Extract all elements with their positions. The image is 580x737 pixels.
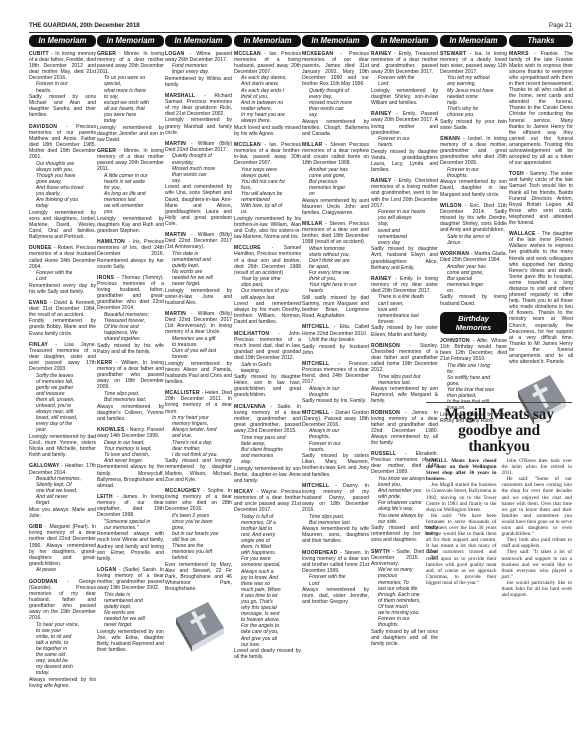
memoriam-column: In MemoriamCUBITT - In loving memory of … [29,35,96,694]
notice-verse: As each day dawns,And starts anew,As eac… [234,75,301,124]
page-number: Page 21 [549,22,572,32]
notice-entry: RAINEY - Emily. In loving memory of my d… [371,276,438,338]
notice-entry: LOGAN - (Sadie) Sarah. In loving memory … [97,567,164,653]
notice-signoff: Lovingly remembered by daughter Shirley,… [371,88,438,106]
notice-name: RAINEY [371,111,391,117]
notice-entry: FINLAY - Lisa Jayne. Treasured memories … [29,342,96,459]
notice-entry: EVANS - David & Kenneth, died 21st Decem… [29,300,96,337]
notice-verse: At peace [29,567,96,573]
story-paragraph: They both also paid tribute to staff and… [502,537,573,549]
notice-signoff: Sadly missed and lovingly remembered by … [165,458,232,482]
notice-name: MCILHATTON [234,331,269,337]
notice-entry: MILLAR - Steven Precious memories of a d… [302,142,369,216]
notice-name: GALLOWAY [29,463,60,469]
notice-entry: SWANN - Isobel. In loving memory of a de… [440,136,507,198]
notice-verse: Beautiful memories,Silently kept, Ofone … [29,476,96,506]
notice-name: MOOREHEAD [302,550,337,556]
notice-verse: Forever in ourthoughts. [440,167,507,179]
notice-name: MITCHELL [302,361,329,367]
notice-signoff: Sadly missed by sons Michael and Alan an… [29,94,96,118]
notice-entry: TOSH - Sammy. The sister and family circ… [509,171,573,226]
notice-entry: GIBB - Margaret (Pearl). In loving memor… [29,524,96,573]
story-column-1: MAGILL Meats have closed the door on the… [426,458,497,598]
notice-signoff: Lovingly remembered by son Bertie, daugh… [234,466,301,484]
section-header-in-memoriam: In Memoriam [371,35,438,47]
notice-verse: Quietly thought ofevery day,missed much … [302,88,369,118]
notice-name: SMYTH [371,549,390,555]
notice-name: MARKS [509,51,529,57]
notice-entry: KNOWLES - Nancy. Passed away 14th Decemb… [97,427,164,489]
notice-entry: MILLAR - Steven. Precious memories of a … [302,221,369,320]
notice-verse: Today is full ofmemories, Of abrother la… [234,514,301,648]
section-header-in-memoriam: In Memoriam [302,35,369,47]
notice-name: MILLAR [302,142,322,148]
notice-signoff: Remembered always with much love Winnie … [97,531,164,561]
news-story: Magill Meats say goodbye and thankyou MA… [426,402,572,598]
notice-entry: MCILHATTON - John. Precious memories of … [234,331,301,399]
notice-name: LOGAN [165,51,184,57]
notice-text: - Sammy. The sister and family circle of… [509,171,573,226]
notice-verse: Safe in God'skeeping. [234,362,301,374]
notice-entry: MCCLURE - Samuel Hamilton, Precious memo… [234,245,301,325]
notice-name: MCCLEAN [234,142,261,148]
notice-signoff: Deeply missed by daughter Vanda, grandda… [371,149,438,173]
notice-signoff: Ever remembered by Mary, Alex and Stewar… [165,562,232,592]
notice-name: MILLAR [302,221,322,227]
notice-name: RAINEY [371,178,391,184]
notice-entry: MOOREHEAD - Steven. In loving memory of … [302,550,369,606]
notice-verse: To us you were sospecial,what more is th… [97,75,164,124]
notice-signoff: Lovingly remembered by son Joe, wife Edn… [97,629,164,653]
notice-text: - Precious memories of our dear parents,… [302,51,369,87]
notice-name: RAINEY [371,276,391,282]
notice-signoff: Sadly missed by loving husband David. [440,294,507,306]
section-header-birthday-memories: Birthday Memories [440,312,507,334]
story-paragraph: He said: "We have been fortunate to serv… [426,513,497,586]
notice-entry: STEWART - Isa. In loving memory of a dea… [440,51,507,131]
notice-signoff: Sadly missed by Iris, Family. [302,398,369,404]
masthead: THE GUARDIAN, 20th December 2018 Page 21 [29,22,572,33]
notice-entry: IRONS - Thomas (Tommy). Precious memorie… [97,275,164,355]
thanks-column: ThanksMARKS - Frankie. The family of the… [509,35,573,427]
notice-verse: This date isremembered andquietly kept,N… [165,251,232,288]
notice-text: - Precious memories of our parents Matth… [29,124,96,160]
notice-text: - Margaret (Pearl). In loving memory of … [29,524,96,567]
notice-name: GREER [97,51,116,57]
notice-entry: RAINEY - Emily. Cherished memories of a … [371,178,438,270]
notice-entry: WALLACE - The daughter of the late Irene… [509,231,573,365]
notice-name: JOHNSTON [440,338,470,344]
notice-signoff: Miss you always. Marie and Julie. [29,507,96,519]
notice-name: MITCHELL [302,483,329,489]
notice-signoff: Loved and remembered by wife Una, sons S… [165,184,232,227]
notice-signoff: Lovingly remembered by nieces Alison and… [165,361,232,385]
section-header-in-memoriam: In Memoriam [29,35,96,47]
notice-entry: MARTIN - William (Billy) Died 22nd Decem… [165,141,232,227]
notice-entry: MCILVENNA - Sadie. In loving memory of a… [234,404,301,484]
notice-signoff: Lovingly remembered by daughters Kay and… [97,216,164,234]
memoriam-column: In MemoriamMCCLEAN - Ian. Precious memor… [234,35,301,665]
story-paragraph: Joe Magill started the business in Green… [426,482,497,512]
notice-entry: MITCHELL - Daniel Gordon (Danny). Passed… [302,410,369,478]
notice-entry: RAINEY - Emily, Treasured memories of a … [371,51,438,107]
notice-entry: WILSON - Eric. Died 11th December 2014. … [440,203,507,246]
notice-text: - Frankie. The family of the late Franki… [509,51,573,167]
notice-entry: MCALLISTER - Helen. Died 20th December 2… [165,390,232,482]
notice-signoff: Sadly missed by sisters Lilian, Mary, Ma… [302,453,369,477]
story-paragraph: Joe would particularly like to thank Joh… [502,580,573,598]
notice-signoff: Sadly missed by daughter Helen, son in l… [234,374,301,398]
notice-signoff: Remembered always by the family. Moneycl… [97,464,164,488]
notice-signoff: Lovingly remembered by dad Cecil, mum Yv… [29,434,96,458]
notice-entry: HAMILTON - Iris, Precious memories of Ir… [97,239,164,269]
notice-name: TOSH [509,171,524,177]
bible-cross-icon [170,598,228,654]
notice-name: KNOWLES [97,427,124,433]
notice-name: MARSHALL [165,93,195,99]
notice-signoff: Sadly missed by his wife Patsy and all t… [97,343,164,355]
notice-name: MCILVENNA [234,404,266,410]
notice-name: KERR [97,360,112,366]
notice-verse: Time slips past,But memories last. [97,391,164,403]
notice-entry: MARSHALL - Richard Samuel. Precious memo… [165,93,232,136]
notice-verse: Our thoughts arealways with you,Though y… [29,161,96,210]
notice-signoff: Fondly remembered by grands Bobby, Marie… [29,318,96,336]
notice-verse: Forever in ourhearts. [371,136,438,148]
notice-signoff: Always remembered by mum, dad, sister Je… [302,587,369,605]
notice-name: MARTIN [165,141,186,147]
notice-verse: Time slips past,But memories last. [302,514,369,526]
notice-verse: Safe in the arms ofJesus [440,234,507,246]
notice-verse: Quietly thought ofeveryday,Missed much m… [165,153,232,183]
notice-signoff: Lovingly remembered by his brothers-in-l… [234,216,301,240]
notice-verse: Forever in ourhearts. [29,81,96,93]
notice-entry: MCCLEAN - Ian. Precious memories of a lo… [234,51,301,137]
notice-name: MARTIN [165,232,186,238]
notice-text: - The daughter of the late Irene (Renee)… [509,231,573,365]
section-header-in-memoriam: In Memoriam [97,35,164,47]
notice-text: - George (Geordie). Precious memories of… [29,579,96,622]
notice-name: DAVIDSON [29,124,57,130]
memoriam-column: In MemoriamGREER - Minnie. In loving mem… [97,35,164,658]
notice-entry: GREER - Minnie. In loving memory of a de… [97,51,164,143]
story-paragraph: John O'Rawe then took over the helm when… [502,458,573,476]
story-headline: Magill Meats say goodbye and thankyou [426,407,572,455]
notice-signoff: Loved and dearly missed by all the famil… [234,648,301,660]
notice-entry: DAVIDSON - Precious memories of our pare… [29,124,96,241]
notice-entry: MITCHELL - Etta. Called Home 22nd Decemb… [302,324,369,355]
story-paragraph: MAGILL Meats have closed the door on the… [426,458,497,482]
notice-name: FINLAY [29,342,48,348]
notice-verse: Time slips past butmemories last. [371,374,438,386]
notice-signoff: Sadly missed by her sister Eileen, Marti… [371,325,438,337]
notice-entry: LEITH - James. In loving memory of our d… [97,494,164,562]
publication-date: THE GUARDIAN, 20th December 2018 [29,22,140,32]
memoriam-column: In MemoriamSTEWART - Isa. In loving memo… [440,35,507,429]
notice-entry: GREER - Minnie. In loving memory of a de… [97,148,164,234]
notice-name: GOODMAN [29,579,58,585]
notice-verse: Softly the leavesof memories fall,gently… [29,373,96,434]
notice-signoff: Always remembered by son David, daughter… [440,179,507,197]
notice-signoff: Loved and remembered always by his mum D… [234,301,301,325]
section-header-in-memoriam: In Memoriam [165,35,232,47]
notice-name: MCALLISTER [165,390,200,396]
notice-name: DUNDEE [29,245,52,251]
notice-verse: Memories are a giftto treasure,Ours of y… [165,336,232,360]
notice-signoff: Always remembered by wife Maureen, sons,… [302,526,369,544]
notice-entry: LOGAN - Wilma passed away 26th December … [165,51,232,89]
notice-entry: MCKEEGAN - Precious memories of our dear… [302,51,369,137]
notice-verse: Time may pass andfade away,But silent th… [234,435,301,465]
notice-entry: MCCAUGHEY - Sophie. In loving memory of … [165,488,232,593]
section-header-in-memoriam: In Memoriam [234,35,301,47]
notice-name: RAINEY [371,51,391,57]
notice-name: MCCAUGHEY [165,488,200,494]
notice-name: ROBINSON [371,343,400,349]
notice-verse: Fond memorieslinger every day. [165,63,232,75]
notice-entry: CUBITT - In loving memory of a dear fath… [29,51,96,119]
notice-verse: To hear your voice,to see yoursmile, to … [29,622,96,677]
notice-name: MARTIN [165,311,186,317]
notice-entry: MARTIN - William (Billy) Died 22nd Decem… [165,232,232,306]
notice-name: RUSSELL [371,451,396,457]
notice-verse: In my heart yourmemory lingers,Always te… [165,415,232,458]
notice-name: LEITH [97,494,113,500]
notice-name: WALLACE [509,231,536,237]
notice-verse: Forever with theLord [371,75,438,87]
notice-verse: Forever in our heartsyou will alwaysstay… [371,209,438,246]
notice-entry: MCCLEAN - Ian. Precious memories of a de… [234,142,301,241]
notice-signoff: Sadly missed by all her sons and daughte… [371,629,438,647]
notice-verse: Another year hascome and gone,But specia… [440,264,507,294]
notice-signoff: Sadly missed by daughter Avril, husband … [371,246,438,270]
notice-name: MCCLURE [234,245,261,251]
notice-verse: Year by year timeslips past,Our memories… [234,276,301,300]
notice-verse: Forever with theLord [29,270,96,282]
notice-name: MITCHELL [302,410,329,416]
notice-verse: This date isremembered andquietly kept,N… [97,592,164,629]
notice-verse: Beautiful memories;Treasured forever,Of … [97,312,164,342]
notice-name: SWANN [440,136,460,142]
notice-signoff: Lovingly remembered by daughter Jennifer… [97,125,164,143]
notice-verse: Until the day breaks. [302,337,369,343]
notice-name: CUBITT [29,51,49,57]
notice-verse: "Someone special inour memories." [97,519,164,531]
notice-verse: Forever with theLord [302,574,369,586]
notice-signoff: Lovingly remembered by sons and daughter… [29,210,96,240]
notice-signoff: Remembered every day by his wife Sally a… [29,283,96,295]
notice-name: LOGAN [97,567,116,573]
notice-name: WORKMAN [440,251,469,257]
notice-verse: Deep in our heart,Your memory is kept,To… [97,440,164,464]
notice-name: GREER [97,148,116,154]
notice-verse: When tomorrowstarts without you,Don't th… [302,246,369,295]
notice-entry: MARTIN - William (Billy) Died 22nd Decem… [165,311,232,385]
notice-signoff: Always remembered by daughter's Colleen,… [97,404,164,422]
notice-verse: Always in ourthoughts,Forever in ourhear… [302,428,369,452]
notice-entry: MARKS - Frankie. The family of the late … [509,51,573,167]
notice-entry: KERR - William. In loving memory of a de… [97,360,164,422]
story-paragraph: They said: "It takes a lot of teamwork a… [502,549,573,579]
notice-signoff: Always remembered by families, Clough, B… [302,119,369,137]
notice-verse: Another year hascome and gone,But precio… [302,167,369,197]
notice-entry: MCKAY - Wayne. Precious memories of a de… [234,489,301,661]
notice-signoff: Remembered by Wilma and family. [165,76,232,88]
memoriam-column: In MemoriamLOGAN - Wilma passed away 26t… [165,35,232,654]
notice-verse: A little corner in ourhearts is set asid… [97,173,164,216]
section-header-in-memoriam: In Memoriam [440,35,507,47]
notice-verse: Your ways werealways quiet,You did not c… [234,167,301,216]
notice-entry: ROBINSON - Stanley. Cherished memories o… [371,343,438,405]
memoriam-column: In MemoriamMCKEEGAN - Precious memories … [302,35,369,610]
notice-entry: GALLOWAY - Heather. 17th December 2014.B… [29,463,96,519]
notice-signoff: Lovingly remembered by granny Marshall a… [165,117,232,135]
notice-signoff: Always remembered by aunt Maureen Uncle … [302,198,369,216]
notice-verse: There is a link deathcan't sever,love an… [371,294,438,324]
notice-name: EVANS [29,300,47,306]
notice-signoff: Sadly missed by your twin sister Sadie. [440,119,507,131]
notice-entry: DUNDEE - Robert. Precious memories of a … [29,245,96,295]
notice-name: MCCLEAN [234,51,261,57]
notice-signoff: Still sadly missed by dad Sammy, mum Mar… [302,295,369,319]
notice-signoff: Sadly missed by husband John. [302,344,369,356]
notice-name: MITCHELL [302,324,329,330]
story-column-2: John O'Rawe then took over the helm when… [502,458,573,598]
notice-name: HAMILTON [97,239,125,245]
notice-name: IRONS [97,275,114,281]
notice-name: MCKAY [234,489,253,495]
notice-signoff: Lovingly remembered by sister-in-law Jun… [165,288,232,306]
notice-name: WILSON [440,203,462,209]
section-header-thanks: Thanks [509,35,573,47]
notice-name: MCKEEGAN [302,51,333,57]
story-paragraph: He said: "Some of our customers had been… [502,476,573,537]
notice-signoff: Always remembered by his loving wife Agn… [29,677,96,689]
notice-name: STEWART [440,51,466,57]
notice-entry: RAINEY - Emily. Passed away 20th Decembe… [371,111,438,173]
notice-entry: GOODMAN - George (Geordie). Precious mem… [29,579,96,690]
notice-name: ROBINSON [371,410,400,416]
notice-entry: WORKMAN - Martha Glada. Died 25th Decemb… [440,251,507,307]
notice-verse: You left my withoutany warning,My Jesus … [440,75,507,118]
notice-name: GIBB [29,524,43,530]
notice-signoff: Much loved and sadly missed by his wife … [234,125,301,137]
notice-verse: It's been 2 yearssince you've beengone,b… [165,513,232,562]
notice-entry: MITCHELL - Frances. Precious memories of… [302,361,369,405]
notice-entry: MITCHELL - Danny. In loving memory of my… [302,483,369,545]
notice-verse: Always in ourthoughts [302,386,369,398]
notice-text: - Thomas (Tommy). Precious memories of a… [97,275,164,311]
